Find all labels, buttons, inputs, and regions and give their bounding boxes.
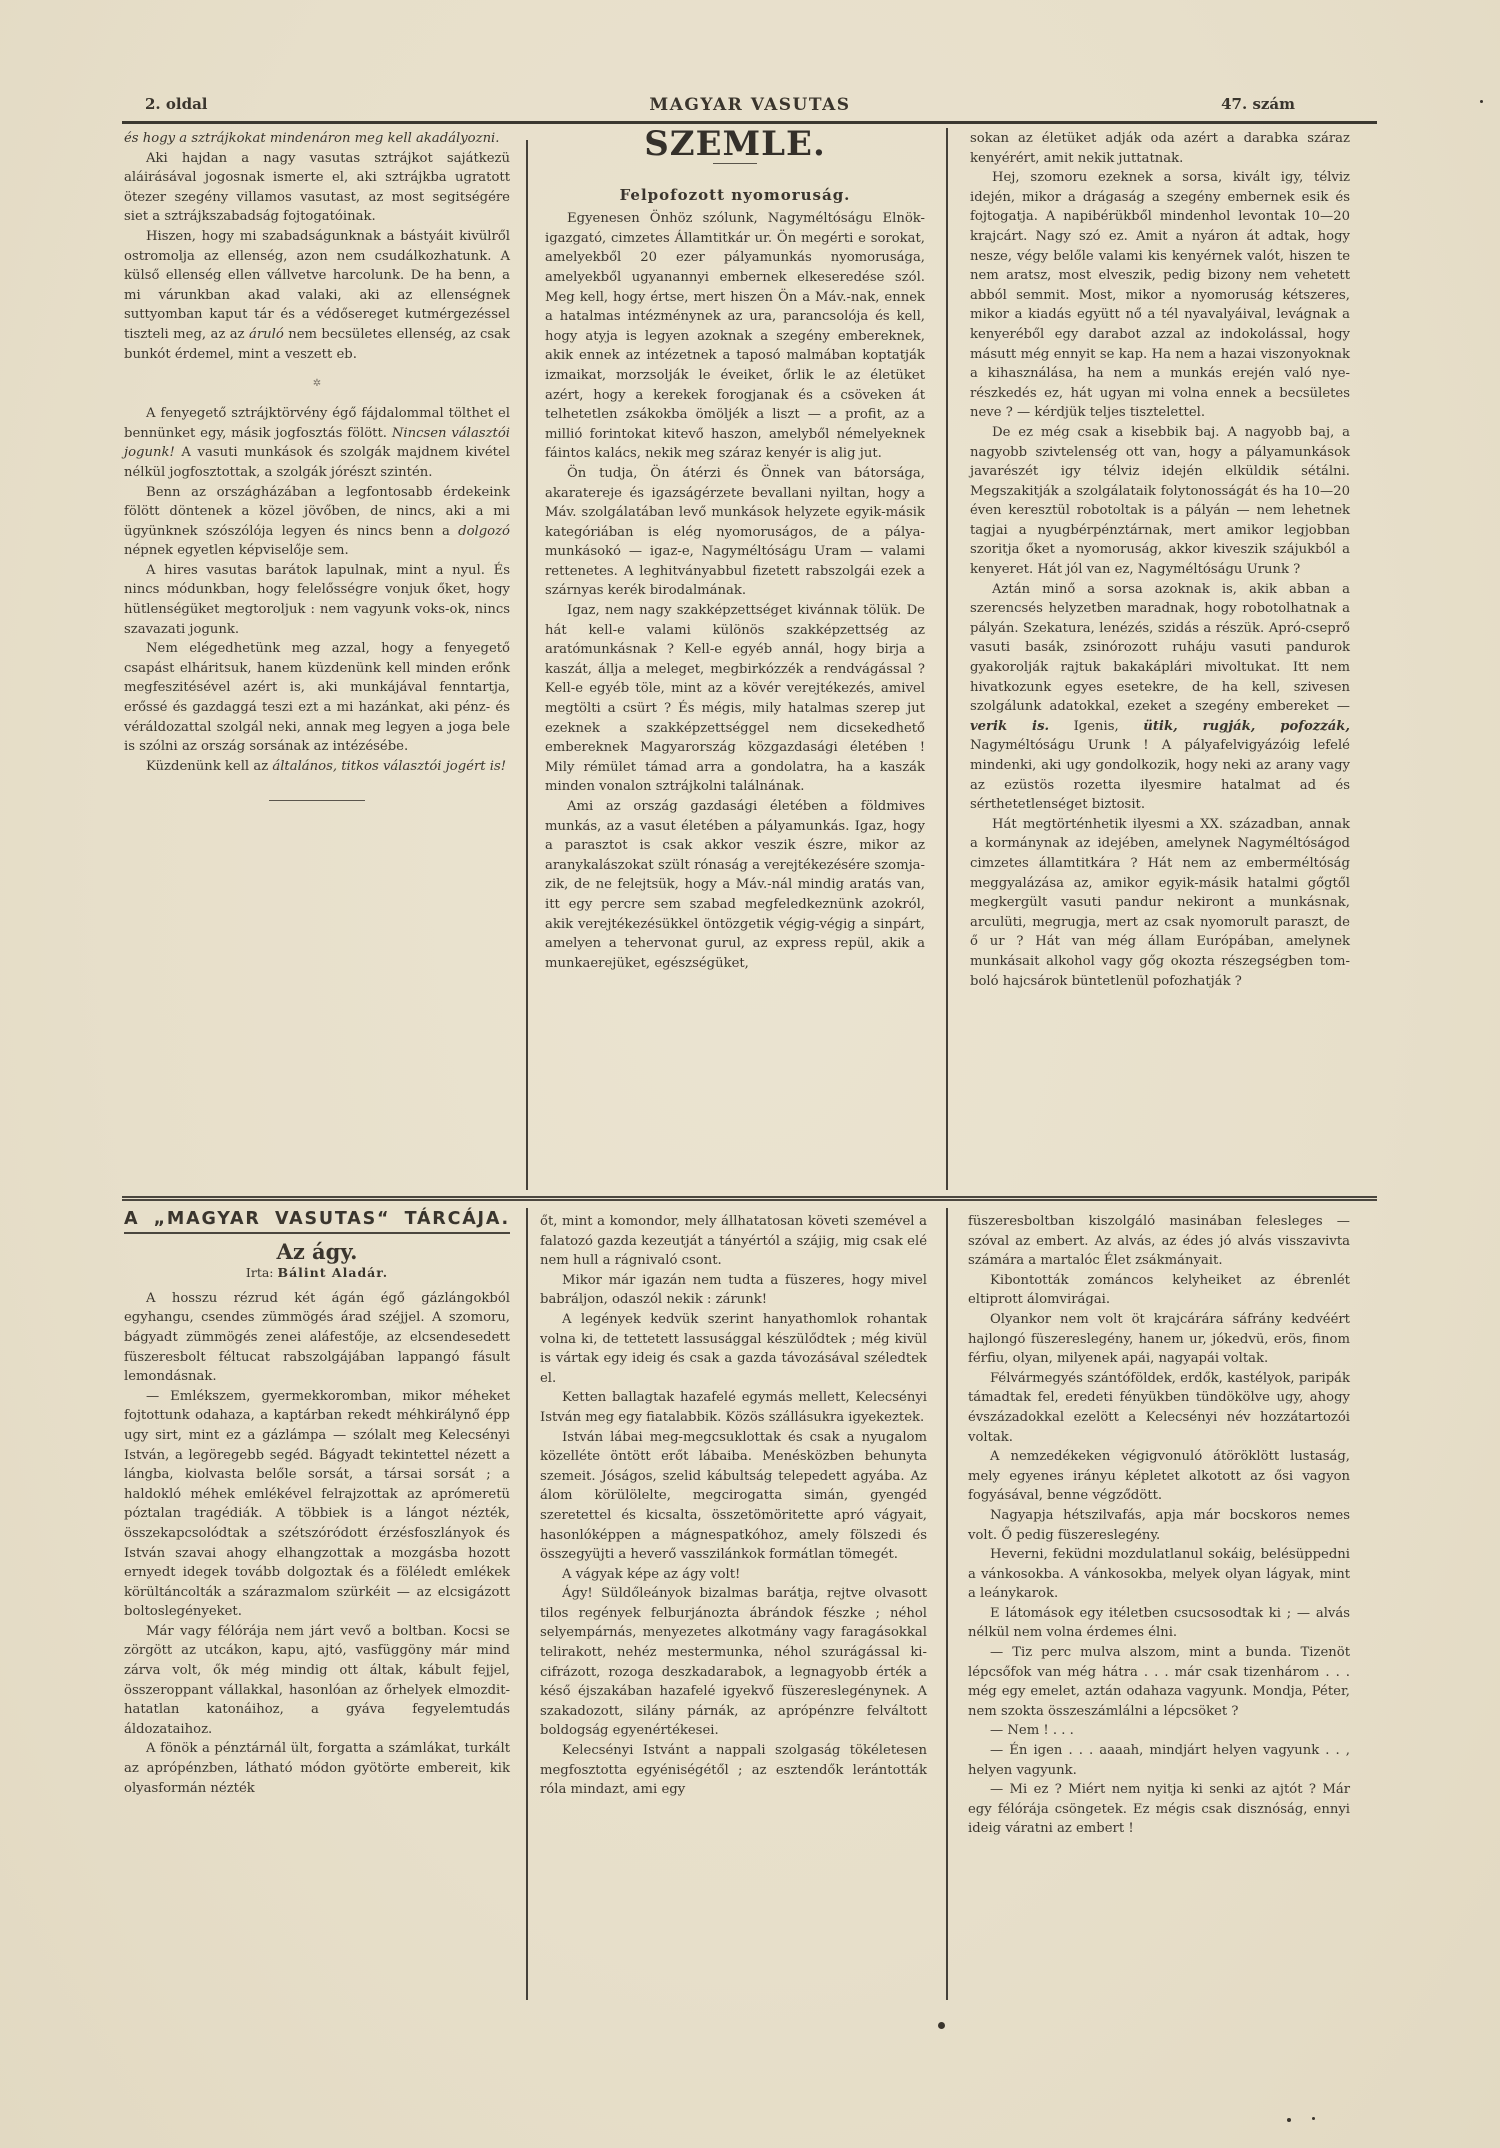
paragraph: Olyankor nem volt öt krajcárára sáfrány … <box>968 1310 1350 1369</box>
paragraph: Benn az országházában a legfontosabb érd… <box>124 483 510 561</box>
paragraph: sokan az életüket adják oda azért a dara… <box>970 129 1350 168</box>
paragraph: Egyenesen Önhöz szólunk, Nagyméltóságu E… <box>545 209 925 464</box>
paragraph: Ami az ország gazdasági életében a föld­… <box>545 797 925 973</box>
asterism-icon: ✲ <box>124 364 510 404</box>
paragraph: Félvármegyés szántóföldek, erdők, kasté­… <box>968 1369 1350 1447</box>
paragraph: A fenyegető sztrájktörvény égő fájdalom­… <box>124 404 510 482</box>
paragraph: Hej, szomoru ezeknek a sorsa, kivált igy… <box>970 168 1350 423</box>
paragraph: A hires vasutas barátok lapulnak, mint a… <box>124 561 510 639</box>
paragraph: Már vagy félórája nem járt vevő a bolt­b… <box>124 1622 510 1740</box>
paragraph: Nagyapja hétszilvafás, apja már bocskoro… <box>968 1506 1350 1545</box>
column-divider <box>526 140 528 1190</box>
paragraph: Aztán minő a sorsa azoknak is, akik abba… <box>970 580 1350 815</box>
paragraph: Hiszen, hogy mi szabadságunknak a bás­ty… <box>124 227 510 364</box>
paragraph: Igaz, nem nagy szakképzettséget kiván­na… <box>545 601 925 797</box>
paragraph: — Emlékszem, gyermekkoromban, mikor méhe… <box>124 1387 510 1622</box>
paragraph: Kelecsényi Istvánt a nappali szolgaság t… <box>540 1741 927 1800</box>
paragraph: Aki hajdan a nagy vasutas sztrájkot sajá… <box>124 149 510 227</box>
ink-speck <box>938 2022 945 2029</box>
paragraph: E látomások egy itéletben csucsosodtak k… <box>968 1604 1350 1643</box>
paragraph: De ez még csak a kisebbik baj. A na­gyob… <box>970 423 1350 580</box>
paragraph: A nemzedékeken végigvonuló átöröklött lu… <box>968 1447 1350 1506</box>
column-divider <box>526 1208 528 2000</box>
feuilleton-column: őt, mint a komondor, mely állhatatosan k… <box>540 1212 927 1800</box>
paragraph: Nem elégedhetünk meg azzal, hogy a fe­ny… <box>124 639 510 757</box>
feuilleton-column: füszeresboltban kiszolgáló masinában fel… <box>968 1212 1350 1839</box>
editorial-column: és hogy a sztrájkokat mindenáron meg kel… <box>124 129 510 801</box>
paragraph: Heverni, feküdni mozdulatlanul sokáig, b… <box>968 1545 1350 1604</box>
feuilleton-divider <box>122 1196 1377 1201</box>
newspaper-masthead: MAGYAR VASUTAS <box>125 95 1375 115</box>
paragraph: A fönök a pénztárnál ült, forgatta a szá… <box>124 1739 510 1798</box>
paragraph: Küzdenünk kell az általános, titkos vá­l… <box>124 757 510 777</box>
author-name: Bálint Aladár. <box>278 1265 389 1280</box>
newspaper-page: 2. oldal MAGYAR VASUTAS 47. szám és hogy… <box>0 0 1500 2148</box>
paragraph: őt, mint a komondor, mely állhatatosan k… <box>540 1212 927 1271</box>
feuilleton-heading: A „MAGYAR VASUTAS“ TÁRCÁJA. <box>124 1210 510 1234</box>
issue-number: 47. szám <box>1221 95 1295 113</box>
ink-speck <box>1312 2117 1315 2120</box>
paragraph: Kibontották zománcos kelyheiket az ébren… <box>968 1271 1350 1310</box>
section-end-rule <box>269 800 365 801</box>
byline: Irta: Bálint Aladár. <box>124 1263 510 1283</box>
article-title: Felpofozott nyomoruság. <box>545 186 925 206</box>
paragraph: — Nem ! . . . <box>968 1721 1350 1741</box>
paragraph: — Tiz perc mulva alszom, mint a bunda. T… <box>968 1643 1350 1721</box>
paragraph: Ágy! Süldőleányok bizalmas barátja, rejt… <box>540 1584 927 1741</box>
ink-speck <box>1287 2118 1291 2122</box>
paragraph: Hát megtörténhetik ilyesmi a XX. század­… <box>970 815 1350 991</box>
paragraph: A hosszu rézrud két ágán égő gázlángok­b… <box>124 1289 510 1387</box>
paragraph: István lábai meg-megcsuklottak és csak a… <box>540 1428 927 1565</box>
column-divider <box>946 128 948 1190</box>
story-title: Az ágy. <box>124 1242 510 1262</box>
ink-speck <box>1480 100 1483 103</box>
paragraph: A vágyak képe az ágy volt! <box>540 1565 927 1585</box>
paragraph: — Mi ez ? Miért nem nyitja ki senki az a… <box>968 1780 1350 1839</box>
paragraph: füszeresboltban kiszolgáló masinában fel… <box>968 1212 1350 1271</box>
paragraph: A legények kedvük szerint hanyathomlok r… <box>540 1310 927 1388</box>
feuilleton-column: A „MAGYAR VASUTAS“ TÁRCÁJA. Az ágy. Irta… <box>124 1210 510 1798</box>
paragraph: Ön tudja, Ön átérzi és Önnek van bátor­s… <box>545 464 925 601</box>
paragraph: Ketten ballagtak hazafelé egymás mellett… <box>540 1388 927 1427</box>
szemle-column: SZEMLE. Felpofozott nyomoruság. Egyenese… <box>545 129 925 973</box>
paragraph: és hogy a sztrájkokat mindenáron meg kel… <box>124 129 510 149</box>
section-title: SZEMLE. <box>545 135 925 155</box>
paragraph: — Én igen . . . aaaah, mindjárt helyen v… <box>968 1741 1350 1780</box>
szemle-continued-column: sokan az életüket adják oda azért a dara… <box>970 129 1350 991</box>
paragraph: Mikor már igazán nem tudta a füszeres, h… <box>540 1271 927 1310</box>
column-divider <box>946 1208 948 2000</box>
